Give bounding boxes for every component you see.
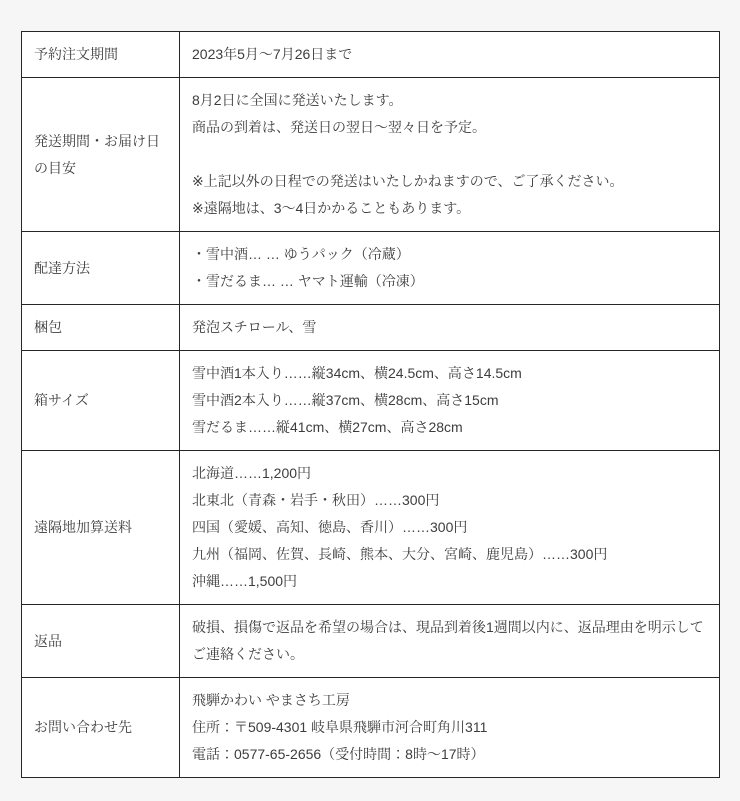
row-value: 破損、損傷で返品を希望の場合は、現品到着後1週間以内に、返品理由を明示してご連絡… — [180, 605, 720, 678]
table-row: 箱サイズ雪中酒1本入り……縦34cm、横24.5cm、高さ14.5cm雪中酒2本… — [22, 351, 720, 451]
row-label: 予約注文期間 — [22, 32, 180, 78]
value-line: 飛騨かわい やまさち工房 — [192, 687, 707, 714]
value-line: 破損、損傷で返品を希望の場合は、現品到着後1週間以内に、返品理由を明示して — [192, 614, 707, 641]
row-value: 北海道……1,200円北東北（青森・岩手・秋田）……300円四国（愛媛、高知、徳… — [180, 451, 720, 605]
shipping-info-table: 予約注文期間2023年5月〜7月26日まで発送期間・お届け日の目安8月2日に全国… — [21, 31, 720, 778]
value-line: 雪中酒1本入り……縦34cm、横24.5cm、高さ14.5cm — [192, 360, 707, 387]
value-line: 四国（愛媛、高知、徳島、香川）……300円 — [192, 514, 707, 541]
table-row: 返品破損、損傷で返品を希望の場合は、現品到着後1週間以内に、返品理由を明示してご… — [22, 605, 720, 678]
value-line: 電話：0577-65-2656（受付時間：8時〜17時） — [192, 741, 707, 768]
value-line: 九州（福岡、佐賀、長崎、熊本、大分、宮崎、鹿児島）……300円 — [192, 541, 707, 568]
row-value: 雪中酒1本入り……縦34cm、横24.5cm、高さ14.5cm雪中酒2本入り……… — [180, 351, 720, 451]
value-line: 北東北（青森・岩手・秋田）……300円 — [192, 487, 707, 514]
table-row: 予約注文期間2023年5月〜7月26日まで — [22, 32, 720, 78]
table-row: 発送期間・お届け日の目安8月2日に全国に発送いたします。商品の到着は、発送日の翌… — [22, 78, 720, 232]
table-row: 梱包発泡スチロール、雪 — [22, 305, 720, 351]
value-line: ※遠隔地は、3〜4日かかることもあります。 — [192, 195, 707, 222]
page-background: 予約注文期間2023年5月〜7月26日まで発送期間・お届け日の目安8月2日に全国… — [0, 0, 740, 801]
table-row: お問い合わせ先飛騨かわい やまさち工房住所：〒509-4301 岐阜県飛騨市河合… — [22, 678, 720, 778]
value-line: ※上記以外の日程での発送はいたしかねますので、ご了承ください。 — [192, 168, 707, 195]
value-line: 雪だるま……縦41cm、横27cm、高さ28cm — [192, 414, 707, 441]
value-line: ご連絡ください。 — [192, 641, 707, 668]
value-line: 沖縄……1,500円 — [192, 568, 707, 595]
table-body: 予約注文期間2023年5月〜7月26日まで発送期間・お届け日の目安8月2日に全国… — [22, 32, 720, 778]
row-value: 2023年5月〜7月26日まで — [180, 32, 720, 78]
row-label: 配達方法 — [22, 232, 180, 305]
row-value: ・雪中酒… … ゆうパック（冷蔵）・雪だるま… … ヤマト運輸（冷凍） — [180, 232, 720, 305]
row-label: 箱サイズ — [22, 351, 180, 451]
row-label: 梱包 — [22, 305, 180, 351]
value-line: 発泡スチロール、雪 — [192, 314, 707, 341]
value-line: 2023年5月〜7月26日まで — [192, 41, 707, 68]
value-line: 雪中酒2本入り……縦37cm、横28cm、高さ15cm — [192, 387, 707, 414]
row-value: 8月2日に全国に発送いたします。商品の到着は、発送日の翌日〜翌々日を予定。※上記… — [180, 78, 720, 232]
value-line — [192, 141, 707, 168]
row-label: 遠隔地加算送料 — [22, 451, 180, 605]
row-value: 発泡スチロール、雪 — [180, 305, 720, 351]
table-row: 配達方法・雪中酒… … ゆうパック（冷蔵）・雪だるま… … ヤマト運輸（冷凍） — [22, 232, 720, 305]
value-line: 商品の到着は、発送日の翌日〜翌々日を予定。 — [192, 114, 707, 141]
value-line: 8月2日に全国に発送いたします。 — [192, 87, 707, 114]
value-line: 住所：〒509-4301 岐阜県飛騨市河合町角川311 — [192, 714, 707, 741]
row-label: お問い合わせ先 — [22, 678, 180, 778]
table-row: 遠隔地加算送料北海道……1,200円北東北（青森・岩手・秋田）……300円四国（… — [22, 451, 720, 605]
row-value: 飛騨かわい やまさち工房住所：〒509-4301 岐阜県飛騨市河合町角川311電… — [180, 678, 720, 778]
row-label: 返品 — [22, 605, 180, 678]
value-line: 北海道……1,200円 — [192, 460, 707, 487]
row-label: 発送期間・お届け日の目安 — [22, 78, 180, 232]
value-line: ・雪だるま… … ヤマト運輸（冷凍） — [192, 268, 707, 295]
value-line: ・雪中酒… … ゆうパック（冷蔵） — [192, 241, 707, 268]
